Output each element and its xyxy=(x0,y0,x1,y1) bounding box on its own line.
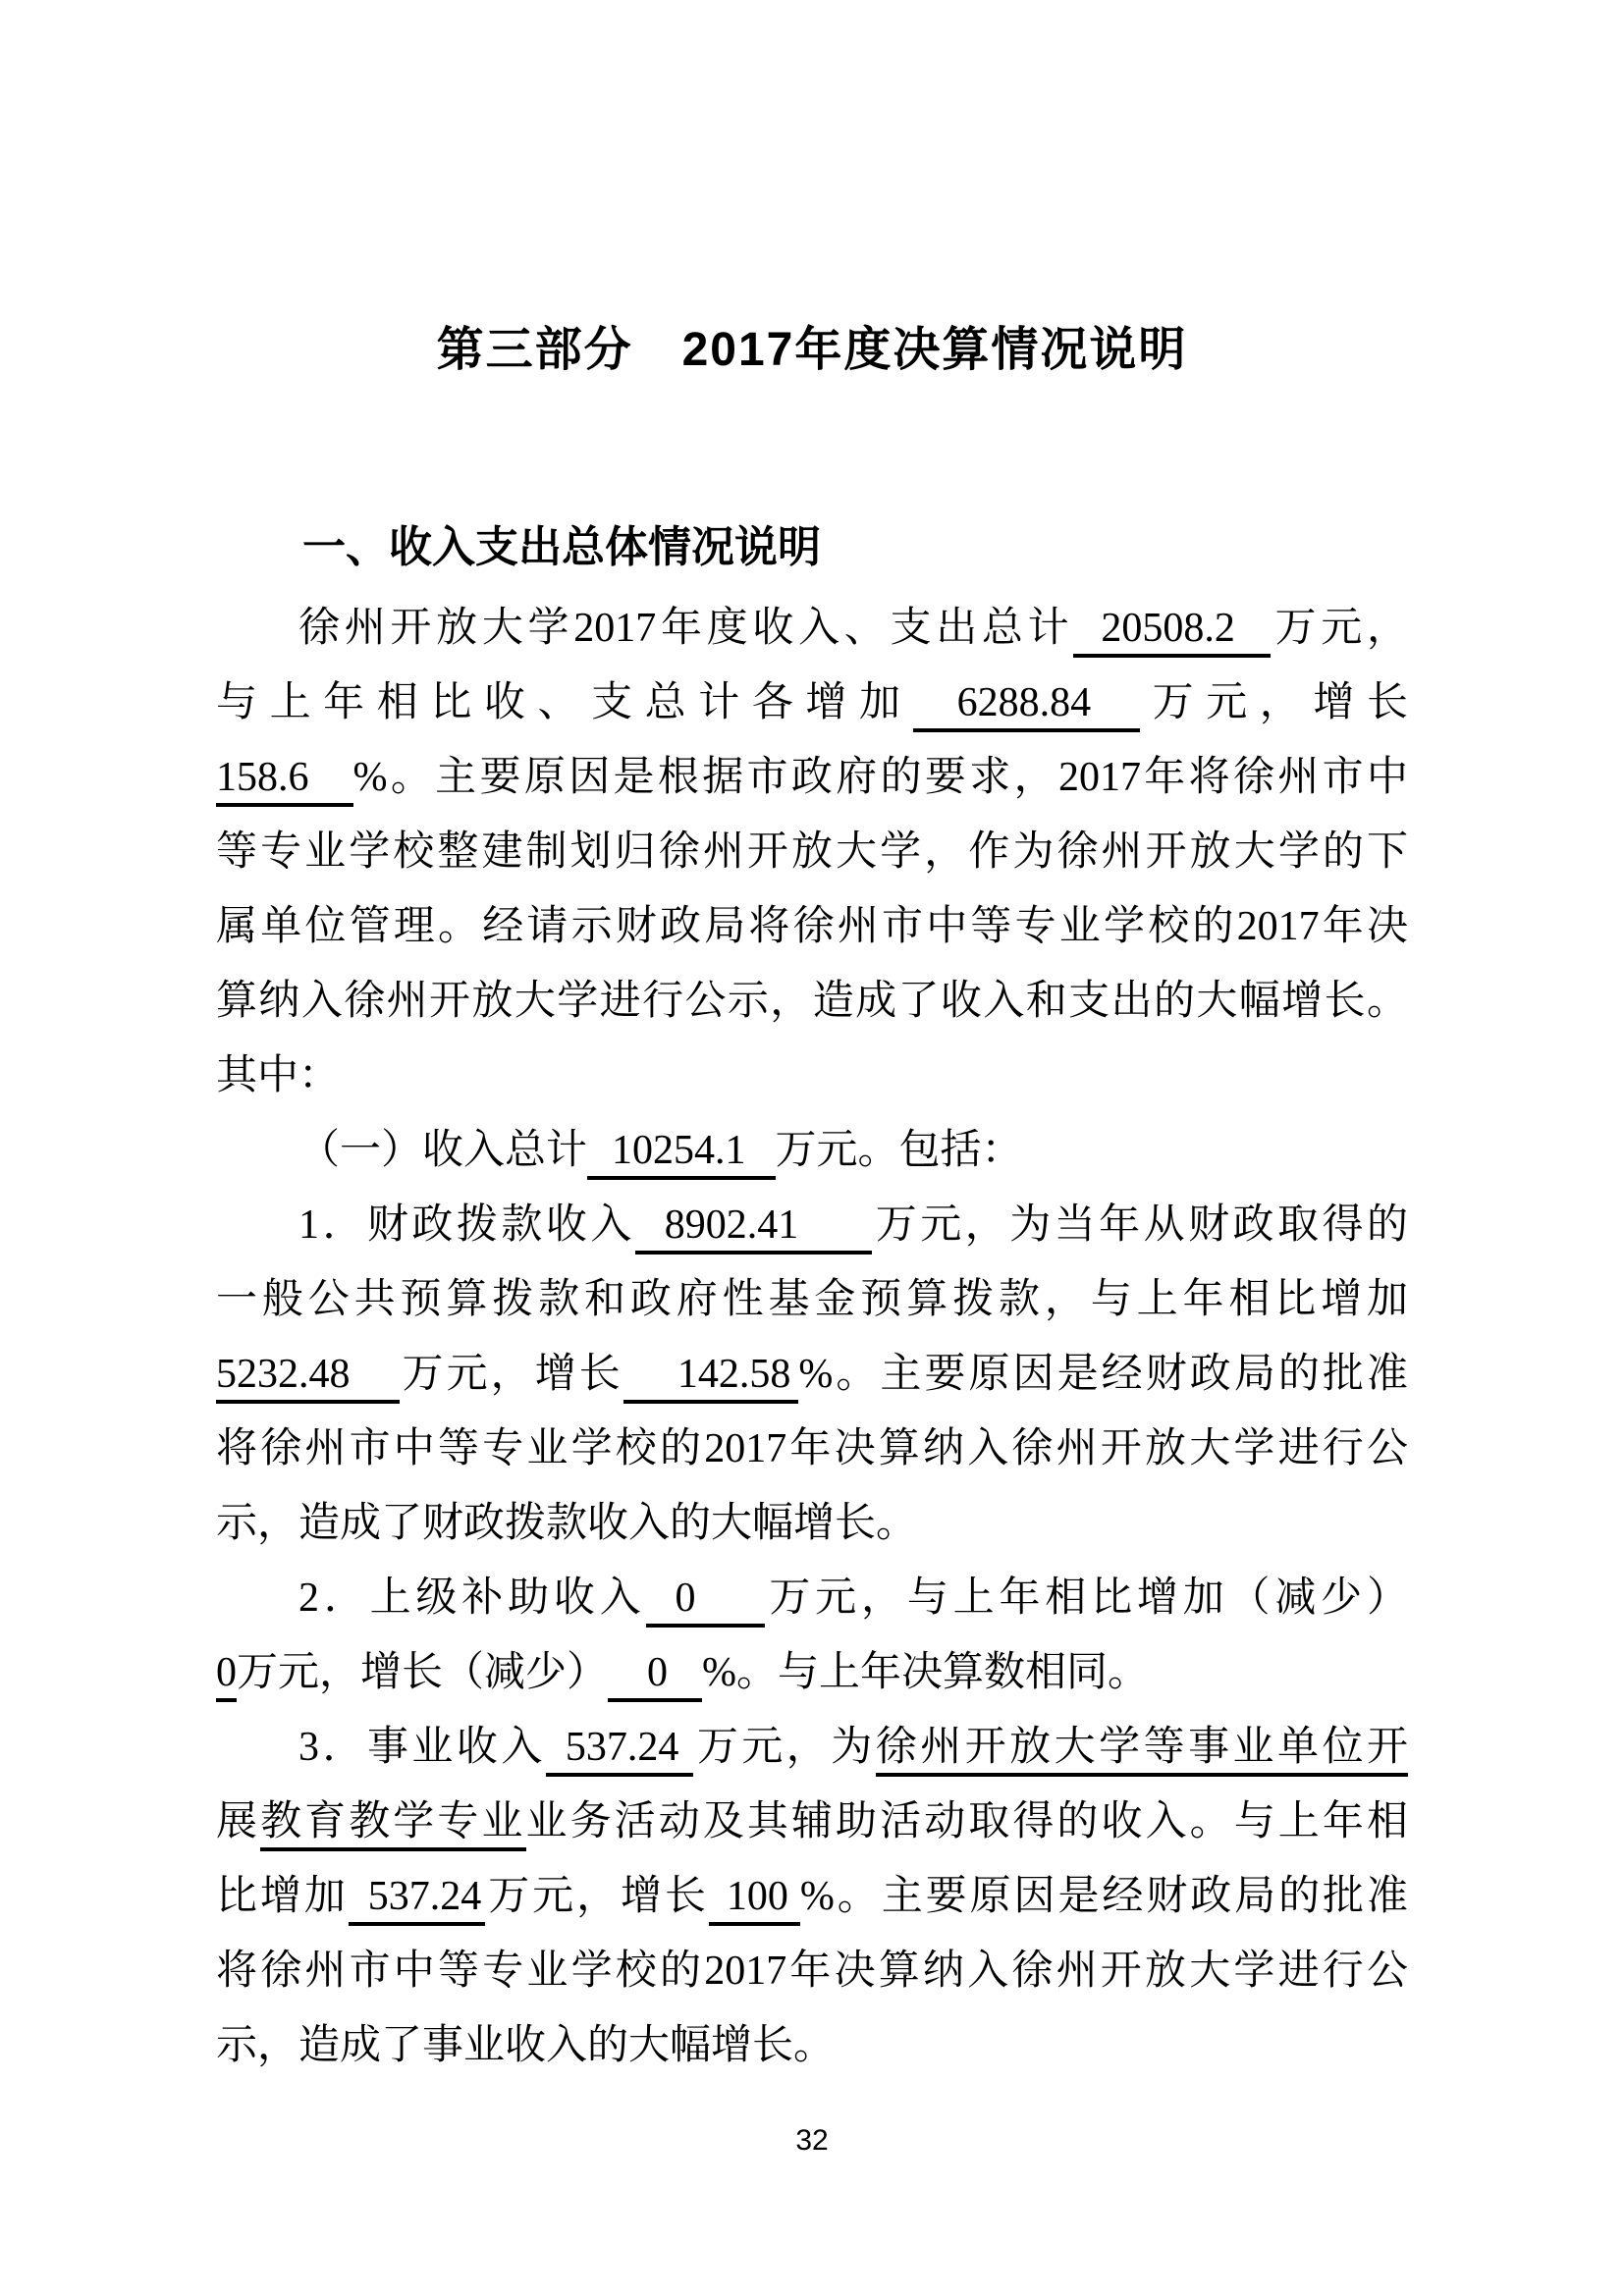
text-segment: 与上年相比收、支总计各增加 xyxy=(216,680,913,725)
text-segment: 将徐州市中等专业学校的2017年决算纳入徐州开放大学进行公 xyxy=(216,1426,1408,1471)
body-line-14: 2．上级补助收入0万元，与上年相比增加（减少） xyxy=(216,1561,1408,1635)
text-segment: 等专业学校整建制划归徐州开放大学，作为徐州开放大学的下 xyxy=(216,829,1408,875)
text-segment: 1．财政拨款收入 xyxy=(298,1202,635,1248)
underlined-value: 0 xyxy=(646,1575,765,1628)
text-segment: 比增加 xyxy=(216,1874,349,1919)
text-segment: %。主要原因是经财政局的批准 xyxy=(800,1874,1408,1919)
body-line-12: 将徐州市中等专业学校的2017年决算纳入徐州开放大学进行公 xyxy=(216,1412,1408,1486)
text-segment: 3．事业收入 xyxy=(298,1725,546,1770)
body-line-9: 1．财政拨款收入8902.41万元，为当年从财政取得的 xyxy=(216,1188,1408,1262)
body-line-2: 与上年相比收、支总计各增加6288.84万元，增长 xyxy=(216,666,1408,740)
body-line-19: 将徐州市中等专业学校的2017年决算纳入徐州开放大学进行公 xyxy=(216,1934,1408,2008)
text-segment: 属单位管理。经请示财政局将徐州市中等专业学校的2017年决 xyxy=(216,904,1408,949)
body-line-7: 其中： xyxy=(216,1039,1408,1113)
body-line-17: 展教育教学专业业务活动及其辅助活动取得的收入。与上年相 xyxy=(216,1785,1408,1859)
underlined-value: 142.58 xyxy=(623,1352,799,1404)
text-segment: %。主要原因是经财政局的批准 xyxy=(798,1352,1408,1397)
text-segment: 展 xyxy=(216,1799,260,1844)
underlined-value: 教育教学专业 xyxy=(260,1799,525,1851)
body-line-10: 一般公共预算拨款和政府性基金预算拨款，与上年相比增加 xyxy=(216,1262,1408,1337)
text-segment: %。主要原因是根据市政府的要求，2017年将徐州市中 xyxy=(353,755,1409,800)
body-line-13: 示，造成了财政拨款收入的大幅增长。 xyxy=(216,1486,1408,1561)
text-segment: 万元，为 xyxy=(693,1725,875,1770)
body-line-1: 徐州开放大学2017年度收入、支出总计20508.2万元， xyxy=(216,591,1408,666)
body-line-15: 0万元，增长（减少）0%。与上年决算数相同。 xyxy=(216,1635,1408,1710)
text-segment: 算纳入徐州开放大学进行公示，造成了收入和支出的大幅增长。 xyxy=(216,979,1408,1024)
underlined-value: 100 xyxy=(709,1874,800,1926)
body-line-16: 3．事业收入537.24万元，为徐州开放大学等事业单位开 xyxy=(216,1710,1408,1785)
text-segment: 业务活动及其辅助活动取得的收入。与上年相 xyxy=(526,1799,1408,1844)
text-segment: 万元，增长 xyxy=(485,1874,709,1919)
body-line-8: （一）收入总计10254.1万元。包括： xyxy=(216,1113,1408,1188)
underlined-value: 10254.1 xyxy=(587,1128,776,1180)
body-line-5: 属单位管理。经请示财政局将徐州市中等专业学校的2017年决 xyxy=(216,889,1408,964)
text-segment: 万元，为当年从财政取得的 xyxy=(872,1202,1408,1248)
text-segment: 一般公共预算拨款和政府性基金预算拨款，与上年相比增加 xyxy=(216,1277,1408,1322)
underlined-value: 537.24 xyxy=(349,1874,486,1926)
underlined-value: 徐州开放大学等事业单位开 xyxy=(876,1725,1408,1777)
body-line-6: 算纳入徐州开放大学进行公示，造成了收入和支出的大幅增长。 xyxy=(216,964,1408,1039)
underlined-value: 20508.2 xyxy=(1073,606,1271,658)
underlined-value: 537.24 xyxy=(546,1725,694,1777)
underlined-value: 5232.48 xyxy=(216,1352,400,1404)
text-segment: 万元，增长 xyxy=(400,1352,623,1397)
underlined-value: 158.6 xyxy=(216,755,353,807)
underlined-value: 6288.84 xyxy=(913,680,1141,732)
document-body: 徐州开放大学2017年度收入、支出总计20508.2万元，与上年相比收、支总计各… xyxy=(216,591,1408,2083)
section-heading: 一、收入支出总体情况说明 xyxy=(216,522,1408,573)
underlined-value: 0 xyxy=(216,1650,237,1702)
body-line-11: 5232.48万元，增长142.58%。主要原因是经财政局的批准 xyxy=(216,1337,1408,1412)
text-segment: 2．上级补助收入 xyxy=(298,1575,646,1621)
body-line-20: 示，造成了事业收入的大幅增长。 xyxy=(216,2008,1408,2083)
text-segment: 万元， xyxy=(1271,606,1408,651)
body-line-4: 等专业学校整建制划归徐州开放大学，作为徐州开放大学的下 xyxy=(216,815,1408,889)
page-number: 32 xyxy=(0,2124,1624,2158)
text-segment: 示，造成了事业收入的大幅增长。 xyxy=(216,2023,835,2068)
text-segment: （一）收入总计 xyxy=(298,1128,587,1173)
text-segment: 其中： xyxy=(216,1053,340,1098)
text-segment: %。与上年决算数相同。 xyxy=(702,1650,1149,1695)
document-page: 第三部分 2017年度决算情况说明 一、收入支出总体情况说明 徐州开放大学201… xyxy=(0,0,1624,2296)
document-content: 一、收入支出总体情况说明 徐州开放大学2017年度收入、支出总计20508.2万… xyxy=(216,522,1408,2083)
text-segment: 万元，增长 xyxy=(1140,680,1408,725)
text-segment: 示，造成了财政拨款收入的大幅增长。 xyxy=(216,1501,917,1546)
text-segment: 万元。包括： xyxy=(776,1128,1023,1173)
text-segment: 万元，增长（减少） xyxy=(237,1650,608,1695)
underlined-value: 0 xyxy=(608,1650,702,1702)
text-segment: 徐州开放大学2017年度收入、支出总计 xyxy=(298,606,1073,651)
body-line-18: 比增加537.24万元，增长100%。主要原因是经财政局的批准 xyxy=(216,1859,1408,1934)
body-line-3: 158.6%。主要原因是根据市政府的要求，2017年将徐州市中 xyxy=(216,740,1408,815)
underlined-value: 8902.41 xyxy=(635,1202,873,1255)
text-segment: 万元，与上年相比增加（减少） xyxy=(765,1575,1408,1621)
text-segment: 将徐州市中等专业学校的2017年决算纳入徐州开放大学进行公 xyxy=(216,1949,1408,1994)
document-title: 第三部分 2017年度决算情况说明 xyxy=(0,0,1624,379)
